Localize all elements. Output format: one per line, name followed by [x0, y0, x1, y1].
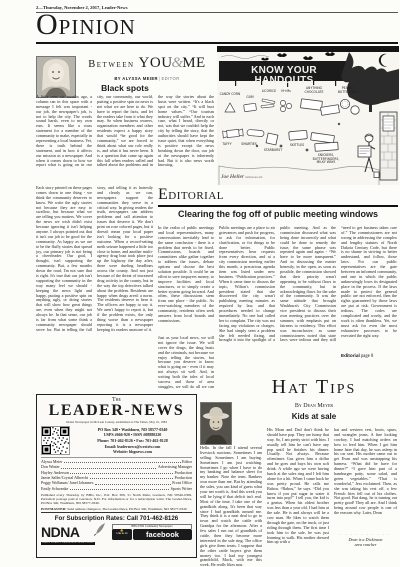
- hat-tips-text-col3: hat and western vest, boots, spurs, and …: [334, 428, 397, 530]
- cartoon-label: SMARTIES: [239, 143, 259, 147]
- cartoon-label: SNICKERS, BUTTERFINGERS, MILKY WAYS: [309, 154, 343, 165]
- logo-me: ME: [182, 55, 206, 71]
- logo-you: YOU: [139, 55, 173, 71]
- jump-page: page 8: [361, 354, 373, 359]
- editorial-text-rest: Public meetings are a place to air griev…: [219, 226, 397, 362]
- editorial-header: Editorial: [158, 186, 398, 207]
- jump-label: Editorial: [341, 353, 360, 358]
- signature-name: Joe Heller: [221, 174, 244, 180]
- dot-leader: [70, 486, 169, 490]
- cartoon-top-bar: [217, 46, 399, 52]
- byline-role: EDITOR: [161, 76, 179, 81]
- cartoonist-signature: Joe Heller hellertoon.com: [221, 174, 262, 180]
- cartoon-label: ANYTHING CHOCOLATE: [299, 87, 329, 94]
- signature-site: hellertoon.com: [245, 176, 262, 179]
- hat-tips-text-col2: His Mom and Dad don't think he should ha…: [267, 428, 329, 566]
- masthead-website: Website: bhgnews.com: [73, 449, 192, 455]
- editorial-headline: Clearing the fog off of public meeting w…: [158, 209, 398, 219]
- postmaster-text: Send address changes to The Leader-News,…: [67, 507, 186, 511]
- ndna-subtitle: NORTH DAKOTA NEWSPAPER ASSOCIATION: [41, 542, 95, 545]
- column-headline: Black spots: [36, 83, 214, 93]
- cartoon-label: STARBURST: [261, 149, 285, 153]
- ndna-letters: NDNA: [41, 524, 79, 540]
- cartoon-label: CANDY CORN: [219, 93, 241, 97]
- article-text-top: A little over six months ago, a column r…: [36, 95, 214, 183]
- hat-tips-header: Hat Tips: [230, 377, 398, 397]
- article-text-end: Just as your local news, we will not ign…: [158, 336, 214, 390]
- masthead-name: LEADER-NEWS: [41, 403, 192, 420]
- cartoon-label: PEANUT BUTTERCUPS: [333, 87, 363, 94]
- column-byline: BY ALYSSA MEIER|EDITOR: [78, 76, 216, 81]
- newspaper-opinion-page: 2—Thursday, November 2, 2017, Leader-New…: [0, 0, 400, 567]
- dot-leader: [64, 459, 181, 463]
- quill-icon: [93, 522, 107, 536]
- hat-tips-byline: By Dean Meyer: [230, 403, 398, 409]
- hat-tips-text-col1: Hello. In the fall I attend several live…: [200, 446, 262, 566]
- staff-row: Emily SchwankeSports Writer: [41, 486, 192, 491]
- cartoon-title: KNOW YOUR HANDOUTS: [221, 66, 347, 86]
- editorial-text-col1: In the realm of public meetings and loca…: [158, 226, 214, 330]
- facebook-badge: BHG/UND Community Newspapers 👍Like us on…: [112, 524, 192, 540]
- ndna-logo: NDNA NORTH DAKOTA NEWSPAPER ASSOCIATION: [41, 524, 95, 545]
- hat-tips-columnist-photo: [200, 402, 232, 445]
- masthead-legal: Published every Thursday by BHG, Inc., P…: [41, 493, 192, 506]
- cartoon-label: LICORICE: [259, 90, 279, 94]
- staff-list: Alyssa MeierEditor Don WinterAdvertising…: [41, 457, 192, 491]
- postmaster-label: POSTMASTER:: [41, 507, 66, 511]
- like-us-button: 👍Like us on: [112, 529, 132, 540]
- dot-leader: [70, 470, 173, 474]
- logo-between: Between: [88, 59, 134, 70]
- masthead-tagline: Oldest Newspaper in McLean County, estab…: [41, 420, 192, 424]
- dot-leader: [61, 464, 156, 468]
- qr-code: [41, 426, 70, 455]
- dot-leader: [90, 475, 173, 479]
- subscription-line: For Subscription Rates: Call 701-462-812…: [41, 512, 192, 522]
- credit-line-2: area rancher: [334, 542, 397, 547]
- editorial-header-label: Editorial: [158, 186, 224, 203]
- columnist-credit: Dean is a Dickinson area rancher: [334, 537, 397, 548]
- hat-tips-col3: hat and western vest, boots, spurs, and …: [334, 428, 397, 548]
- page-title: Opinion: [36, 10, 136, 40]
- cartoon-label: M+Ms: [279, 90, 293, 94]
- staff-name: Emily Schwanke: [41, 486, 68, 491]
- like-us-label: Like us on: [117, 532, 128, 535]
- article-text-rail: Each story printed on these pages comes …: [36, 186, 153, 390]
- hat-tips-headline: Kids at sale: [230, 412, 398, 421]
- masthead-box: The LEADER-NEWS Oldest Newspaper in McLe…: [36, 394, 197, 558]
- section-rule: [36, 42, 398, 44]
- editorial-cartoon: KNOW YOUR HANDOUTS CANDY CORN GUM LICORI…: [217, 46, 399, 185]
- masthead-postmaster: POSTMASTER: Send address changes to The …: [41, 507, 192, 511]
- cartoon-label: SKITTLES: [287, 144, 307, 148]
- dot-leader: [95, 480, 171, 484]
- cartoon-label: TAFFY: [219, 143, 235, 147]
- byline-author: BY ALYSSA MEIER: [114, 76, 158, 81]
- facebook-wordmark: facebook: [133, 529, 192, 540]
- editorial-jump-line: Editorial page 8: [341, 352, 397, 359]
- cartoon-label: GUM: [244, 96, 256, 100]
- staff-role: Sports Writer: [171, 486, 192, 491]
- column-logo: Between YOU&ME: [78, 54, 216, 72]
